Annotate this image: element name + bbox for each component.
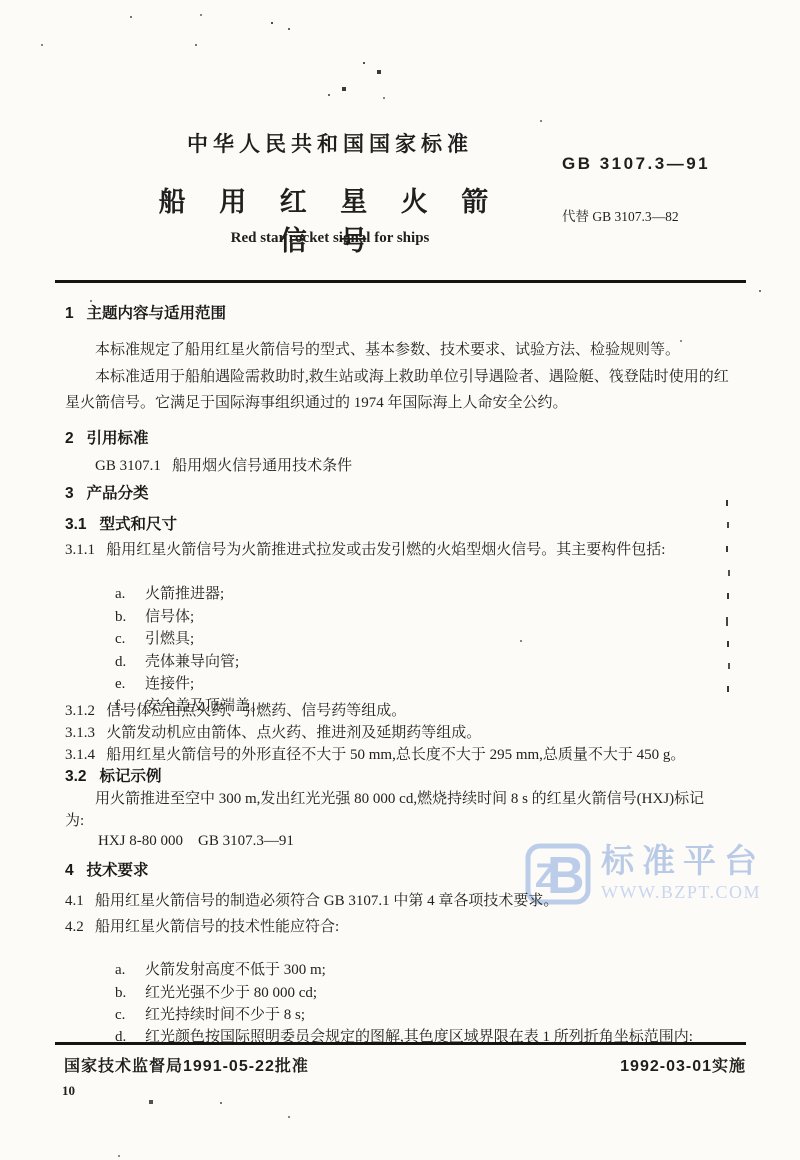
section-1-paragraph-2-line-1: 本标准适用于船舶遇险需救助时,救生站或海上救助单位引导遇险者、遇险艇、筏登陆时使… [95, 368, 729, 386]
section-4-heading: 4 技术要求 [65, 862, 149, 881]
clause-3-2-paragraph-line-1: 用火箭推进至空中 300 m,发出红光光强 80 000 cd,燃烧持续时间 8… [95, 790, 704, 808]
scanned-standard-page: 中华人民共和国国家标准 GB 3107.3—91 船 用 红 星 火 箭 信 号… [0, 0, 800, 1160]
clause-3-1-4: 3.1.4 船用红星火箭信号的外形直径不大于 50 mm,总长度不大于 295 … [65, 746, 685, 764]
clause-4-2: 4.2 船用红星火箭信号的技术性能应符合: [65, 918, 339, 936]
section-1-paragraph-1: 本标准规定了船用红星火箭信号的型式、基本参数、技术要求、试验方法、检验规则等。 [95, 341, 680, 359]
scan-edge-dashes [726, 500, 728, 506]
clause-4-1: 4.1 船用红星火箭信号的制造必须符合 GB 3107.1 中第 4 章各项技术… [65, 892, 558, 910]
svg-text:Z: Z [535, 857, 556, 895]
clause-3-2-paragraph-line-2: 为: [65, 812, 84, 830]
clause-3-1-3: 3.1.3 火箭发动机应由箭体、点火药、推进剂及延期药等组成。 [65, 724, 481, 742]
watermark-brand: 标准平台 [601, 843, 765, 879]
watermark: B Z 标准平台 WWW.BZPT.COM [525, 843, 765, 905]
implementation-note: 1992-03-01实施 [420, 1053, 746, 1076]
superseded-note: 代替 GB 3107.3—82 [562, 205, 679, 225]
marking-example-code: HXJ 8-80 000 GB 3107.3—91 [98, 832, 294, 850]
scan-speck-noise [0, 0, 2, 2]
approval-note: 国家技术监督局1991-05-22批准 [64, 1053, 309, 1076]
standard-code: GB 3107.3—91 [562, 154, 710, 174]
footer-rule [55, 1042, 746, 1045]
section-1-heading: 1 主题内容与适用范围 [65, 305, 226, 324]
page-number: 10 [62, 1083, 75, 1099]
national-standard-title: 中华人民共和国国家标准 [160, 128, 500, 158]
section-2-heading: 2 引用标准 [65, 430, 149, 449]
english-title: Red star rocket signal for ships [160, 230, 500, 247]
section-3-heading: 3 产品分类 [65, 485, 149, 504]
section-3-1-heading: 3.1 型式和尺寸 [65, 516, 177, 535]
watermark-text: 标准平台 WWW.BZPT.COM [601, 843, 765, 903]
header-rule [55, 280, 746, 283]
watermark-url: WWW.BZPT.COM [601, 882, 765, 903]
section-2-reference: GB 3107.1 船用烟火信号通用技术条件 [95, 457, 352, 475]
clause-3-1-1: 3.1.1 船用红星火箭信号为火箭推进式拉发或击发引燃的火焰型烟火信号。其主要构… [65, 541, 665, 559]
clause-3-1-2: 3.1.2 信号体应由点火药、引燃药、信号药等组成。 [65, 702, 406, 720]
section-1-paragraph-2-line-2: 星火箭信号。它满足于国际海事组织通过的 1974 年国际海上人命安全公约。 [65, 394, 568, 412]
section-3-2-heading: 3.2 标记示例 [65, 768, 161, 787]
